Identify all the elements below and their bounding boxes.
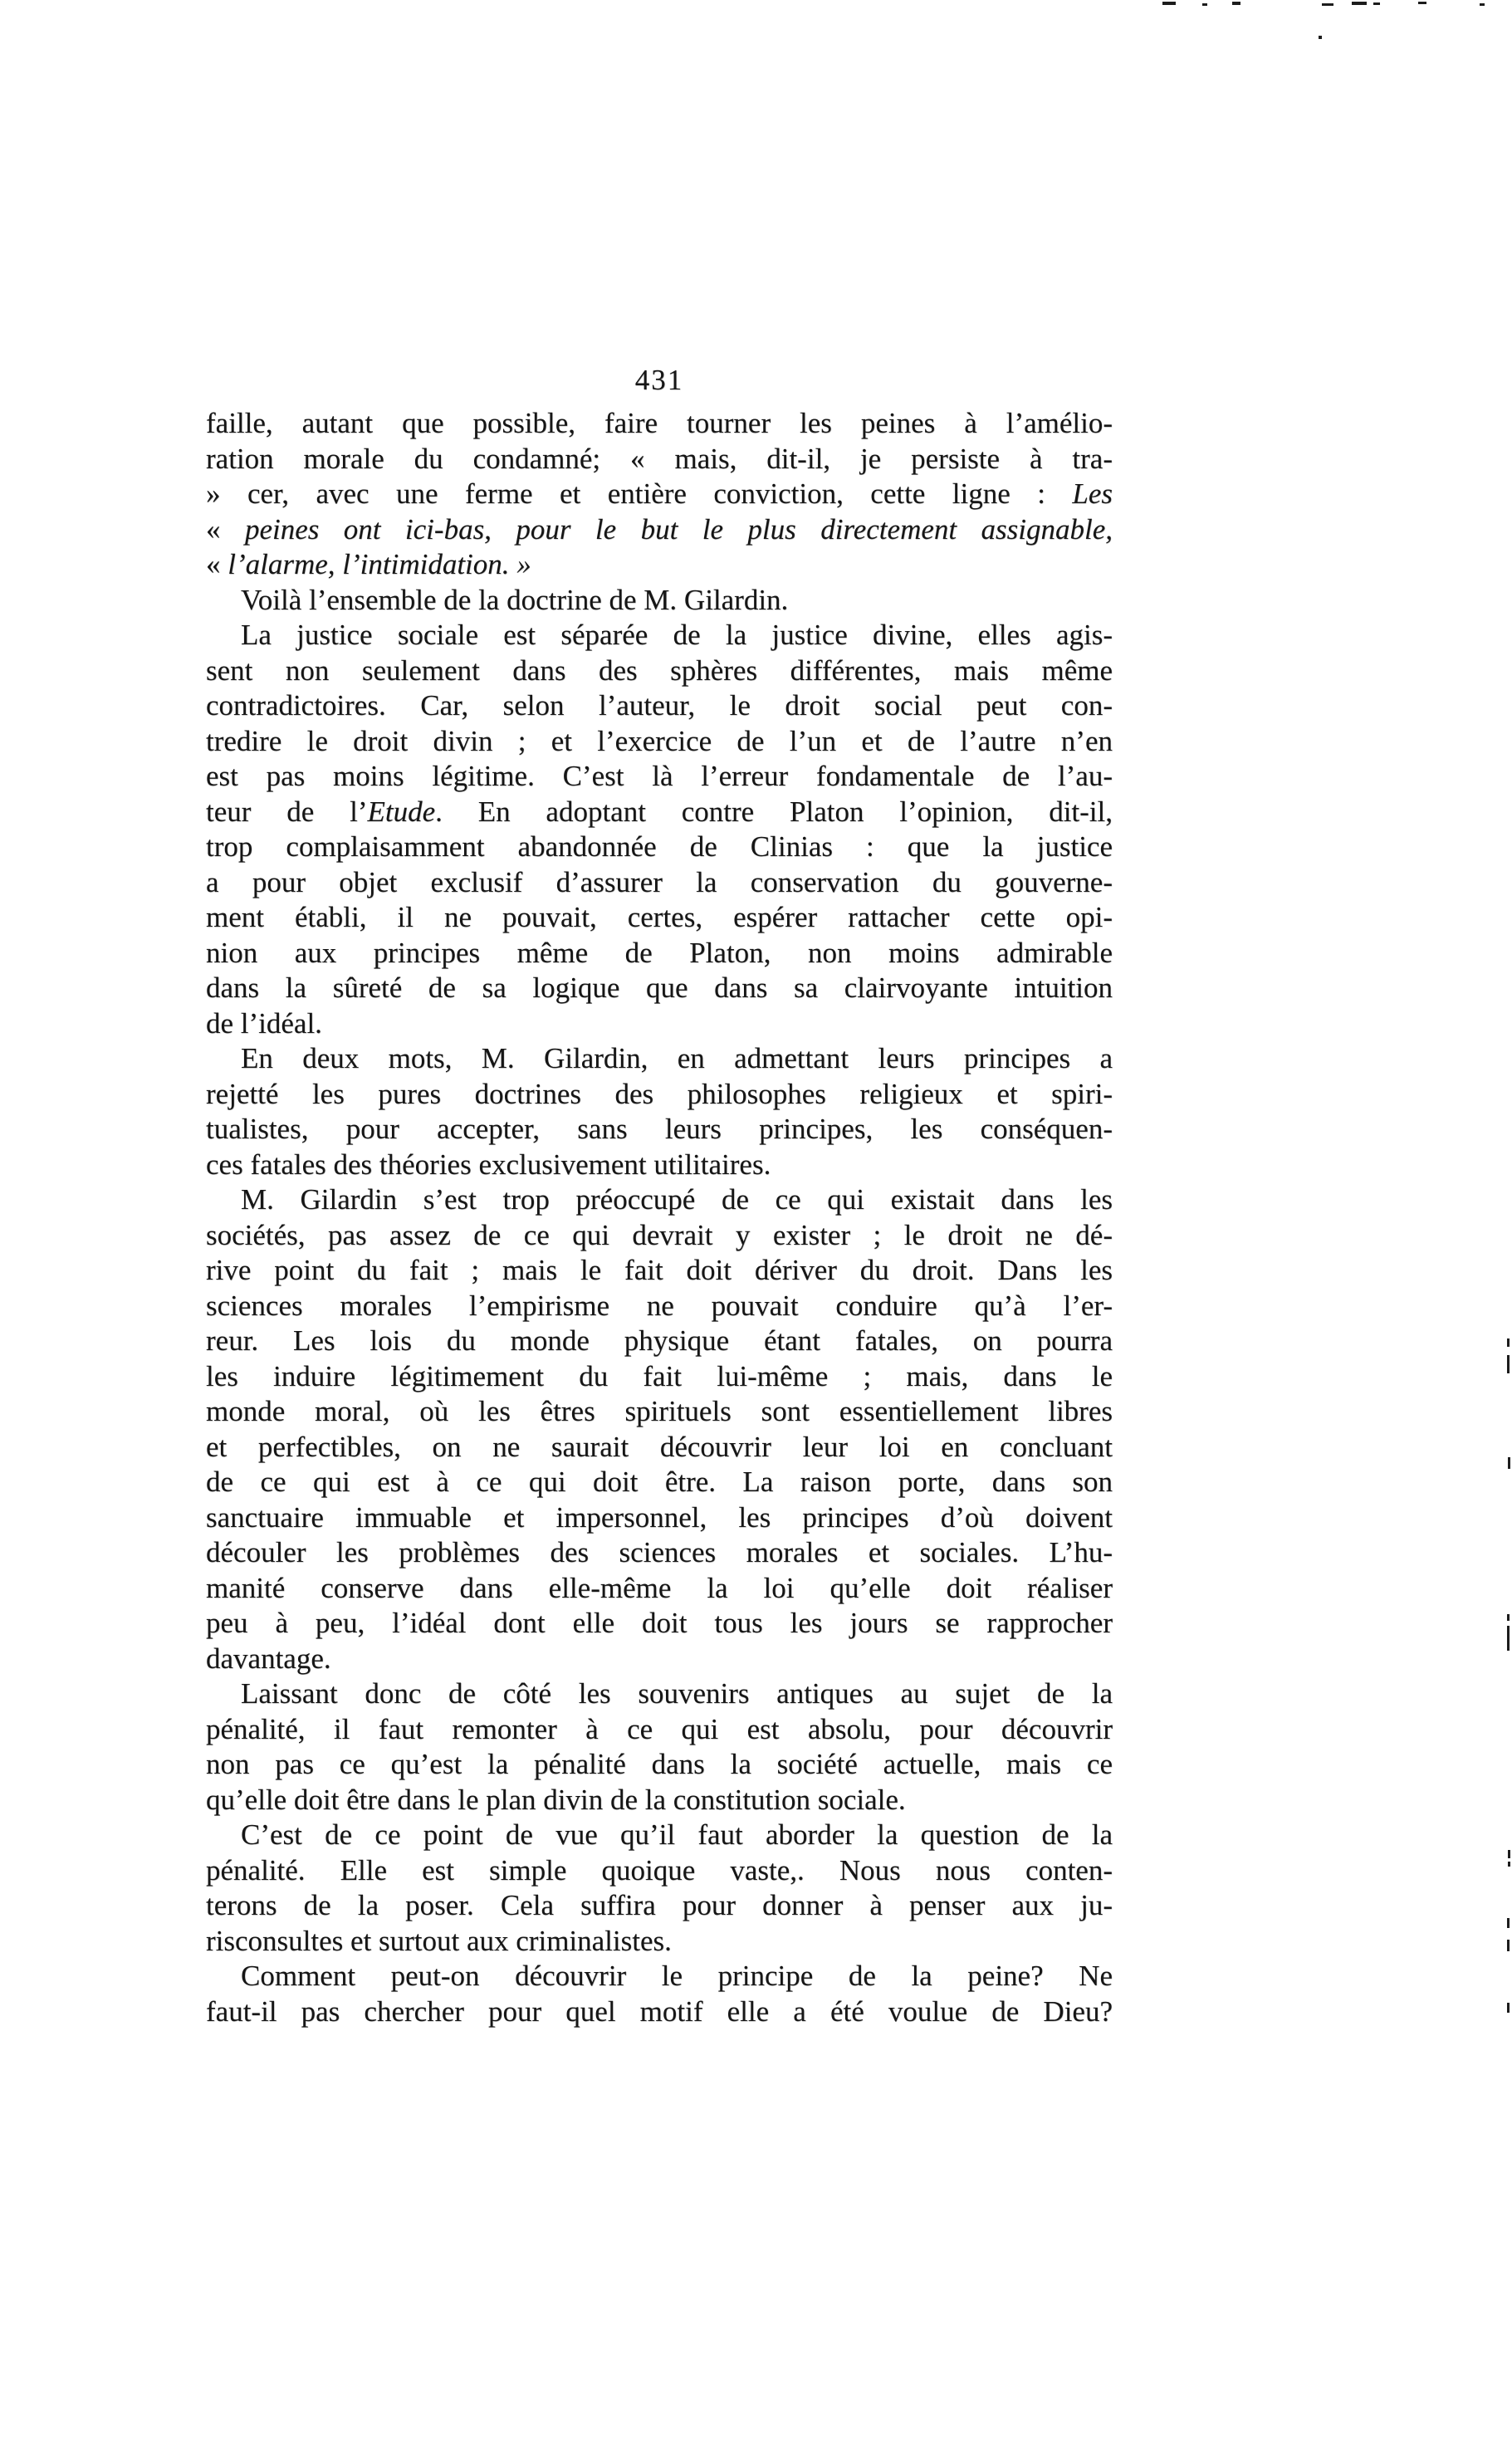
text-segment: a pour objet exclusif d’assurer la conse… (206, 866, 1113, 898)
text-line: de ce qui est à ce qui doit être. La rai… (206, 1465, 1113, 1500)
text-line: trop complaisamment abandonnée de Clinia… (206, 829, 1113, 865)
text-line: ment établi, il ne pouvait, certes, espé… (206, 900, 1113, 936)
text-segment: risconsultes et surtout aux criminaliste… (206, 1925, 672, 1957)
page-number: 431 (206, 364, 1113, 397)
scan-speck (1418, 2, 1426, 4)
text-segment: » cer, avec une ferme et entière convict… (206, 477, 1072, 510)
italic-text-segment: Les (1072, 477, 1113, 510)
text-line: ration morale du condamné; « mais, dit-i… (206, 442, 1113, 477)
text-line: découler les problèmes des sciences mora… (206, 1535, 1113, 1571)
text-line: teur de l’Etude. En adoptant contre Plat… (206, 795, 1113, 830)
text-line: » cer, avec une ferme et entière convict… (206, 477, 1113, 512)
text-line: M. Gilardin s’est trop préoccupé de ce q… (206, 1182, 1113, 1218)
text-segment: manité conserve dans elle-même la loi qu… (206, 1572, 1113, 1604)
text-line: monde moral, où les êtres spirituels son… (206, 1394, 1113, 1430)
scan-speck (1507, 1614, 1510, 1621)
scan-speck (1508, 1862, 1510, 1867)
scan-speck (1480, 3, 1485, 6)
text-line: risconsultes et surtout aux criminaliste… (206, 1924, 1113, 1960)
text-line: est pas moins légitime. C’est là l’erreu… (206, 759, 1113, 795)
text-line: ces fatales des théories exclusivement u… (206, 1148, 1113, 1183)
text-line: sanctuaire immuable et impersonnel, les … (206, 1500, 1113, 1536)
text-line: de l’idéal. (206, 1006, 1113, 1042)
text-segment: les induire légitimement du fait lui-mêm… (206, 1360, 1113, 1392)
text-segment: reur. Les lois du monde physique étant f… (206, 1324, 1113, 1357)
text-segment: rive point du fait ; mais le fait doit d… (206, 1254, 1113, 1286)
text-line: La justice sociale est séparée de la jus… (206, 618, 1113, 653)
text-segment: sciences morales l’empirisme ne pouvait … (206, 1289, 1113, 1322)
text-line: sciences morales l’empirisme ne pouvait … (206, 1289, 1113, 1324)
text-lines: faille, autant que possible, faire tourn… (206, 406, 1113, 2029)
text-segment: est pas moins légitime. C’est là l’erreu… (206, 760, 1113, 792)
text-segment: pénalité. Elle est simple quoique vaste,… (206, 1854, 1113, 1886)
text-segment: rejetté les pures doctrines des philosop… (206, 1078, 1113, 1110)
text-segment: trop complaisamment abandonnée de Clinia… (206, 830, 1113, 863)
text-segment: ration morale du condamné; « mais, dit-i… (206, 443, 1113, 475)
text-segment: C’est de ce point de vue qu’il faut abor… (241, 1818, 1113, 1851)
text-line: a pour objet exclusif d’assurer la conse… (206, 865, 1113, 901)
scan-speck (1507, 1338, 1510, 1347)
text-segment: sent non seulement dans des sphères diff… (206, 654, 1113, 687)
text-line: faut-il pas chercher pour quel motif ell… (206, 1994, 1113, 2030)
text-line: rejetté les pures doctrines des philosop… (206, 1077, 1113, 1113)
text-segment: faille, autant que possible, faire tourn… (206, 407, 1113, 439)
text-segment: Voilà l’ensemble de la doctrine de M. Gi… (241, 584, 788, 616)
scan-speck (1507, 1355, 1510, 1373)
scan-speck (1507, 1940, 1510, 1951)
scan-speck (1507, 2003, 1510, 2013)
scan-speck (1322, 3, 1333, 6)
text-segment: pénalité, il faut remonter à ce qui est … (206, 1713, 1113, 1745)
text-line: « l’alarme, l’intimidation. » (206, 547, 1113, 583)
text-segment: non pas ce qu’est la pénalité dans la so… (206, 1748, 1113, 1780)
scan-speck (1508, 1850, 1510, 1858)
text-segment: « (206, 513, 245, 546)
scan-speck (1232, 2, 1240, 5)
text-segment: terons de la poser. Cela suffira pour do… (206, 1889, 1113, 1921)
text-line: rive point du fait ; mais le fait doit d… (206, 1253, 1113, 1289)
text-segment: . En adoptant contre Platon l’opinion, d… (435, 795, 1113, 828)
text-segment: sociétés, pas assez de ce qui devrait y … (206, 1219, 1113, 1251)
text-segment: La justice sociale est séparée de la jus… (241, 619, 1113, 651)
scan-speck (1319, 36, 1322, 39)
text-segment: tredire le droit divin ; et l’exercice d… (206, 725, 1113, 757)
text-line: tredire le droit divin ; et l’exercice d… (206, 724, 1113, 760)
italic-text-segment: Etude (367, 795, 435, 828)
text-line: sociétés, pas assez de ce qui devrait y … (206, 1218, 1113, 1254)
italic-text-segment: l’alarme, l’intimidation. » (228, 548, 531, 580)
text-line: « peines ont ici-bas, pour le but le plu… (206, 512, 1113, 548)
text-line: Voilà l’ensemble de la doctrine de M. Gi… (206, 583, 1113, 619)
scan-speck (1352, 2, 1367, 5)
text-line: nion aux principes même de Platon, non m… (206, 936, 1113, 971)
text-segment: Comment peut-on découvrir le principe de… (241, 1960, 1113, 1992)
scan-speck (1162, 2, 1176, 5)
text-line: Comment peut-on découvrir le principe de… (206, 1959, 1113, 1994)
text-segment: contradictoires. Car, selon l’auteur, le… (206, 689, 1113, 722)
text-line: C’est de ce point de vue qu’il faut abor… (206, 1818, 1113, 1853)
text-segment: Laissant donc de côté les souvenirs anti… (241, 1677, 1113, 1710)
text-line: contradictoires. Car, selon l’auteur, le… (206, 688, 1113, 724)
text-line: tualistes, pour accepter, sans leurs pri… (206, 1112, 1113, 1148)
text-segment: M. Gilardin s’est trop préoccupé de ce q… (241, 1183, 1113, 1216)
italic-text-segment: peines ont ici-bas, pour le but le plus … (245, 513, 1113, 546)
scanned-book-page: 431 faille, autant que possible, faire t… (0, 0, 1512, 2437)
text-line: qu’elle doit être dans le plan divin de … (206, 1783, 1113, 1818)
text-segment: ment établi, il ne pouvait, certes, espé… (206, 901, 1113, 933)
text-segment: nion aux principes même de Platon, non m… (206, 937, 1113, 969)
text-line: terons de la poser. Cela suffira pour do… (206, 1888, 1113, 1924)
text-segment: peu à peu, l’idéal dont elle doit tous l… (206, 1607, 1113, 1639)
text-line: Laissant donc de côté les souvenirs anti… (206, 1676, 1113, 1712)
text-segment: « (206, 548, 228, 580)
text-line: sent non seulement dans des sphères diff… (206, 653, 1113, 689)
text-line: faille, autant que possible, faire tourn… (206, 406, 1113, 442)
text-segment: de ce qui est à ce qui doit être. La rai… (206, 1466, 1113, 1498)
scan-speck (1373, 2, 1380, 5)
text-segment: ces fatales des théories exclusivement u… (206, 1148, 771, 1181)
scan-speck (1508, 1457, 1510, 1469)
text-segment: monde moral, où les êtres spirituels son… (206, 1395, 1113, 1427)
scan-speck (1202, 3, 1207, 6)
scan-speck (1507, 1918, 1510, 1928)
text-line: reur. Les lois du monde physique étant f… (206, 1324, 1113, 1359)
text-segment: et perfectibles, on ne saurait découvrir… (206, 1431, 1113, 1463)
text-line: les induire légitimement du fait lui-mêm… (206, 1359, 1113, 1395)
text-line: pénalité. Elle est simple quoique vaste,… (206, 1853, 1113, 1889)
text-segment: teur de l’ (206, 795, 367, 828)
text-segment: tualistes, pour accepter, sans leurs pri… (206, 1113, 1113, 1145)
text-line: manité conserve dans elle-même la loi qu… (206, 1571, 1113, 1607)
text-segment: En deux mots, M. Gilardin, en admettant … (241, 1042, 1113, 1074)
text-segment: qu’elle doit être dans le plan divin de … (206, 1784, 906, 1816)
text-segment: de l’idéal. (206, 1007, 322, 1040)
text-segment: faut-il pas chercher pour quel motif ell… (206, 1995, 1113, 2028)
text-segment: davantage. (206, 1642, 331, 1675)
text-line: et perfectibles, on ne saurait découvrir… (206, 1430, 1113, 1466)
text-segment: découler les problèmes des sciences mora… (206, 1536, 1113, 1568)
text-segment: sanctuaire immuable et impersonnel, les … (206, 1501, 1113, 1534)
text-line: davantage. (206, 1642, 1113, 1677)
text-line: pénalité, il faut remonter à ce qui est … (206, 1712, 1113, 1748)
text-line: En deux mots, M. Gilardin, en admettant … (206, 1041, 1113, 1077)
text-line: non pas ce qu’est la pénalité dans la so… (206, 1747, 1113, 1783)
text-line: dans la sûreté de sa logique que dans sa… (206, 971, 1113, 1006)
text-segment: dans la sûreté de sa logique que dans sa… (206, 971, 1113, 1004)
text-line: peu à peu, l’idéal dont elle doit tous l… (206, 1606, 1113, 1642)
scan-speck (1507, 1626, 1510, 1651)
